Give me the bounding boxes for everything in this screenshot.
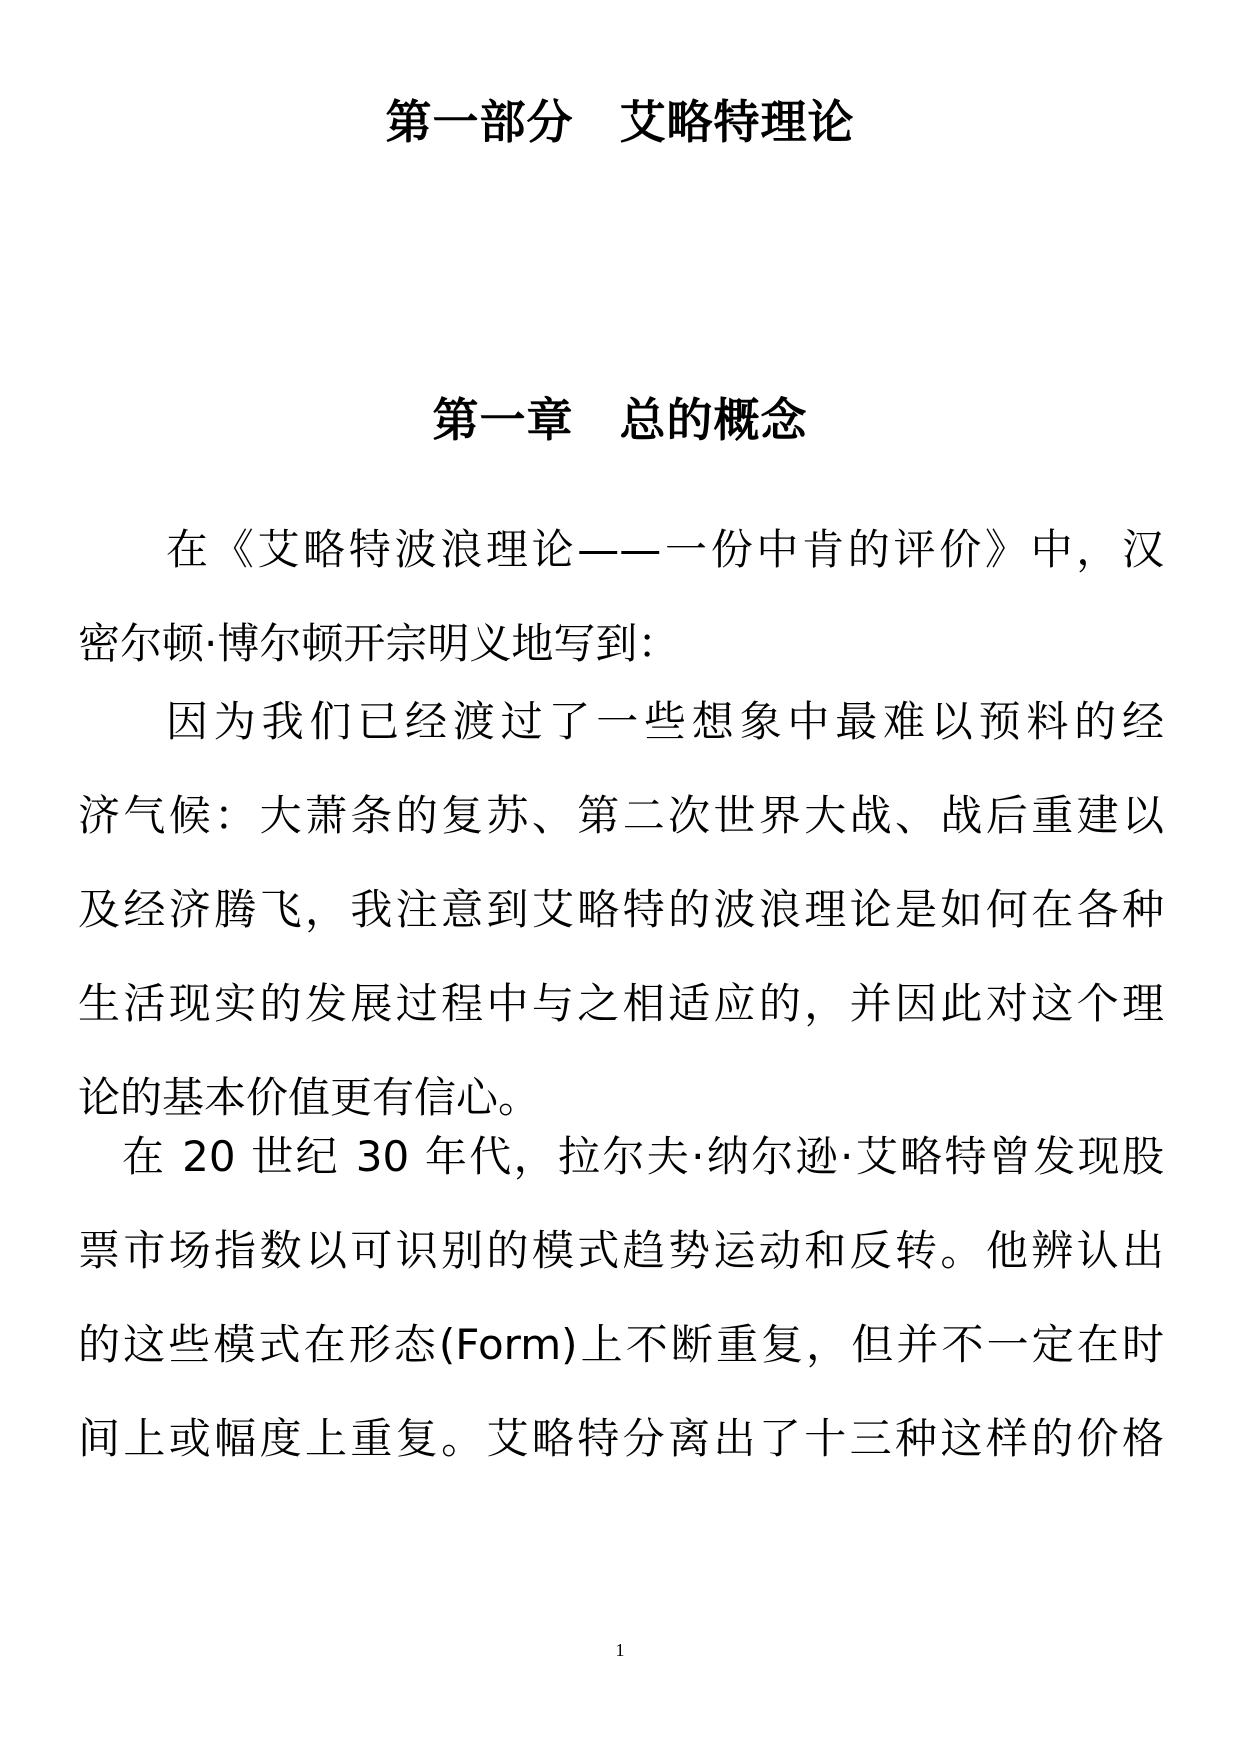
paragraph-line: 济气候：大萧条的复苏、第二次世界大战、战后重建以 [78,769,1164,863]
paragraph-line: 票市场指数以可识别的模式趋势运动和反转。他辨认出 [78,1204,1164,1298]
paragraph-line: 及经济腾飞，我注意到艾略特的波浪理论是如何在各种 [78,863,1164,957]
part-label: 第一部分 [386,95,574,149]
chapter-title: 第一章总的概念 [0,390,1240,450]
paragraph-intro: 在《艾略特波浪理论——一份中肯的评价》中，汉 密尔顿·博尔顿开宗明义地写到： [78,503,1164,691]
paragraph-line: 的这些模式在形态(Form)上不断重复，但并不一定在时 [78,1298,1164,1392]
chapter-name: 总的概念 [620,393,808,447]
paragraph-line: 在《艾略特波浪理论——一份中肯的评价》中，汉 [78,503,1164,597]
chapter-label: 第一章 [433,393,574,447]
document-page: 第一部分艾略特理论 第一章总的概念 在《艾略特波浪理论——一份中肯的评价》中，汉… [0,0,1240,1755]
part-title: 第一部分艾略特理论 [0,92,1240,152]
part-name: 艾略特理论 [620,95,855,149]
paragraph-line: 在 20 世纪 30 年代，拉尔夫·纳尔逊·艾略特曾发现股 [78,1110,1164,1204]
paragraph-line: 间上或幅度上重复。艾略特分离出了十三种这样的价格 [78,1392,1164,1486]
paragraph-line: 因为我们已经渡过了一些想象中最难以预料的经 [78,675,1164,769]
paragraph-quote: 因为我们已经渡过了一些想象中最难以预料的经 济气候：大萧条的复苏、第二次世界大战… [78,675,1164,1145]
page-number: 1 [0,1640,1240,1661]
paragraph-history: 在 20 世纪 30 年代，拉尔夫·纳尔逊·艾略特曾发现股 票市场指数以可识别的… [78,1110,1164,1486]
paragraph-line: 生活现实的发展过程中与之相适应的，并因此对这个理 [78,957,1164,1051]
